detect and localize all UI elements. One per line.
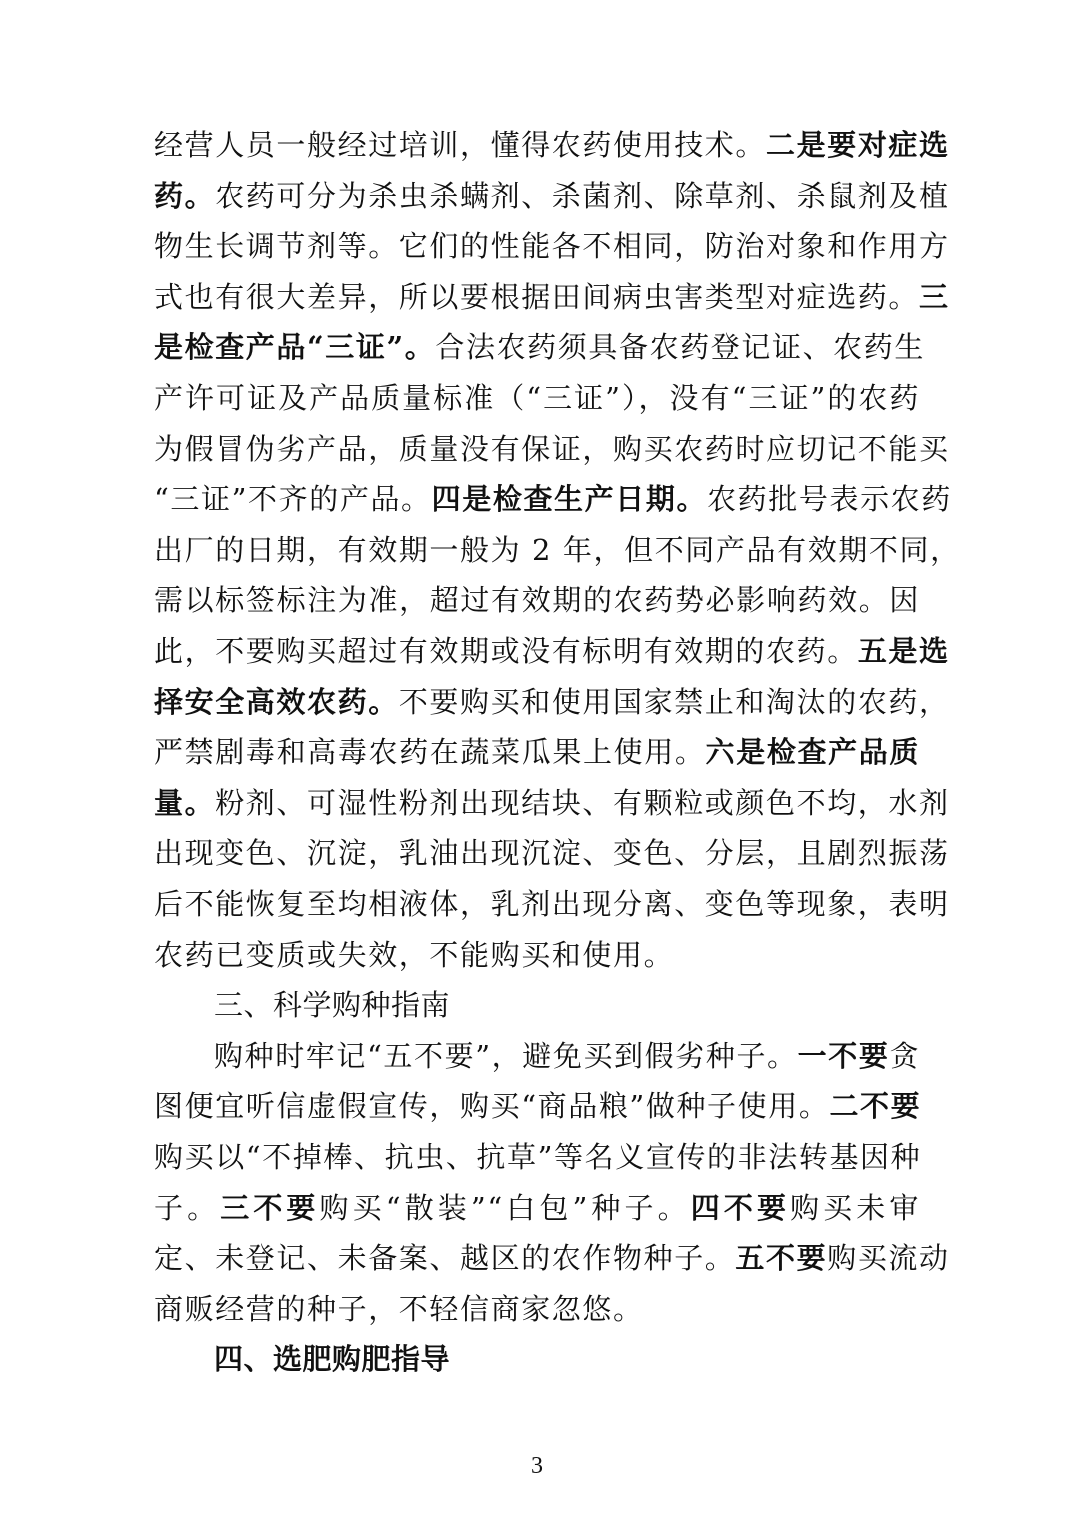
text-line: 出厂的日期，有效期一般为 2 年，但不同产品有效期不同， [154,528,920,572]
bold-text-run: 五不要 [735,1241,827,1275]
bold-text-run: 五是选 [858,634,950,668]
text-run: 农药可分为杀虫杀螨剂、杀菌剂、除草剂、杀鼠剂及植 [215,179,949,213]
bold-text-run: 一不要 [798,1039,890,1073]
text-run: 物生长调节剂等。它们的性能各不相同，防治对象和作用方 [154,229,950,263]
text-line: 定、未登记、未备案、越区的农作物种子。五不要购买流动 [154,1236,920,1280]
text-run: 需以标签标注为准，超过有效期的农药势必影响药效。因 [154,583,920,617]
text-line: 商贩经营的种子，不轻信商家忽悠。 [154,1287,920,1331]
bold-text-run: 药。 [154,179,215,213]
section-heading-fertilizer-guide: 四、选肥购肥指导 [214,1337,450,1381]
text-line: 严禁剧毒和高毒农药在蔬菜瓜果上使用。六是检查产品质 [154,730,920,774]
bold-text-run: 二是要对症选 [766,128,950,162]
text-line: 此，不要购买超过有效期或没有标明有效期的农药。五是选 [154,629,920,673]
text-line: 经营人员一般经过培训，懂得农药使用技术。二是要对症选 [154,123,920,167]
bold-text-run: 四不要 [691,1191,790,1225]
text-run: “三证”不齐的产品。 [154,482,432,516]
text-line: 需以标签标注为准，超过有效期的农药势必影响药效。因 [154,578,920,622]
text-run: 购买以“不掉棒、抗虫、抗草”等名义宣传的非法转基因种 [154,1140,921,1174]
text-line: “三证”不齐的产品。四是检查生产日期。农药批号表示农药 [154,477,920,521]
bold-text-run: 六是检查产品质 [706,735,920,769]
text-run: 贪 [889,1039,920,1073]
text-line: 购买以“不掉棒、抗虫、抗草”等名义宣传的非法转基因种 [154,1135,920,1179]
text-line: 购种时牢记“五不要”，避免买到假劣种子。一不要贪 [214,1034,920,1078]
bold-text-run: 择安全高效农药。 [154,685,399,719]
text-line: 药。农药可分为杀虫杀螨剂、杀菌剂、除草剂、杀鼠剂及植 [154,174,920,218]
bold-text-run: 三 [919,280,950,314]
text-run: 定、未登记、未备案、越区的农作物种子。 [154,1241,735,1275]
document-page: 经营人员一般经过培训，懂得农药使用技术。二是要对症选 药。农药可分为杀虫杀螨剂、… [0,0,1074,1520]
bold-text-run: 三不要 [220,1191,319,1225]
bold-text-run: 四是检查生产日期。 [432,482,707,516]
bold-text-run: 是检查产品“三证”。 [154,330,435,364]
text-run: 出厂的日期，有效期一般为 2 年，但不同产品有效期不同， [154,533,961,567]
text-run: 严禁剧毒和高毒农药在蔬菜瓜果上使用。 [154,735,706,769]
text-line: 式也有很大差异，所以要根据田间病虫害类型对症选药。三 [154,275,920,319]
bold-text-run: 量。 [154,786,215,820]
text-run: 合法农药须具备农药登记证、农药生 [435,330,925,364]
text-run: 购种时牢记“五不要”，避免买到假劣种子。 [214,1039,798,1073]
section-heading-seed-guide: 三、科学购种指南 [214,983,450,1027]
text-run: 购买未审 [790,1191,920,1225]
text-run: 粉剂、可湿性粉剂出现结块、有颗粒或颜色不均，水剂 [215,786,949,820]
text-run: 购买“散装”“白包”种子。 [320,1191,691,1225]
text-run: 产许可证及产品质量标准（“三证”），没有“三证”的农药 [154,381,920,415]
text-run: 商贩经营的种子，不轻信商家忽悠。 [154,1292,644,1326]
page-number: 3 [0,1452,1074,1480]
text-run: 购买流动 [827,1241,949,1275]
text-line: 物生长调节剂等。它们的性能各不相同，防治对象和作用方 [154,224,920,268]
text-line: 后不能恢复至均相液体，乳剂出现分离、变色等现象，表明 [154,882,920,926]
text-run: 图便宜听信虚假宣传，购买“商品粮”做种子使用。 [154,1089,829,1123]
text-line: 产许可证及产品质量标准（“三证”），没有“三证”的农药 [154,376,920,420]
bold-text-run: 二不要 [829,1089,921,1123]
text-run: 后不能恢复至均相液体，乳剂出现分离、变色等现象，表明 [154,887,950,921]
text-line: 子。三不要购买“散装”“白包”种子。四不要购买未审 [154,1186,920,1230]
text-run: 式也有很大差异，所以要根据田间病虫害类型对症选药。 [154,280,919,314]
text-line: 出现变色、沉淀，乳油出现沉淀、变色、分层，且剧烈振荡 [154,831,920,875]
text-line: 图便宜听信虚假宣传，购买“商品粮”做种子使用。二不要 [154,1084,920,1128]
text-line: 农药已变质或失效，不能购买和使用。 [154,933,920,977]
text-run: 农药批号表示农药 [707,482,952,516]
text-run: 不要购买和使用国家禁止和淘汰的农药， [399,685,950,719]
text-run: 子。 [154,1191,220,1225]
text-line: 量。粉剂、可湿性粉剂出现结块、有颗粒或颜色不均，水剂 [154,781,920,825]
text-line: 为假冒伪劣产品，质量没有保证，购买农药时应切记不能买 [154,427,920,471]
text-run: 经营人员一般经过培训，懂得农药使用技术。 [154,128,766,162]
text-run: 为假冒伪劣产品，质量没有保证，购买农药时应切记不能买 [154,432,950,466]
text-run: 农药已变质或失效，不能购买和使用。 [154,938,674,972]
text-run: 出现变色、沉淀，乳油出现沉淀、变色、分层，且剧烈振荡 [154,836,950,870]
text-line: 择安全高效农药。不要购买和使用国家禁止和淘汰的农药， [154,680,920,724]
text-line: 是检查产品“三证”。合法农药须具备农药登记证、农药生 [154,325,920,369]
text-run: 此，不要购买超过有效期或没有标明有效期的农药。 [154,634,858,668]
